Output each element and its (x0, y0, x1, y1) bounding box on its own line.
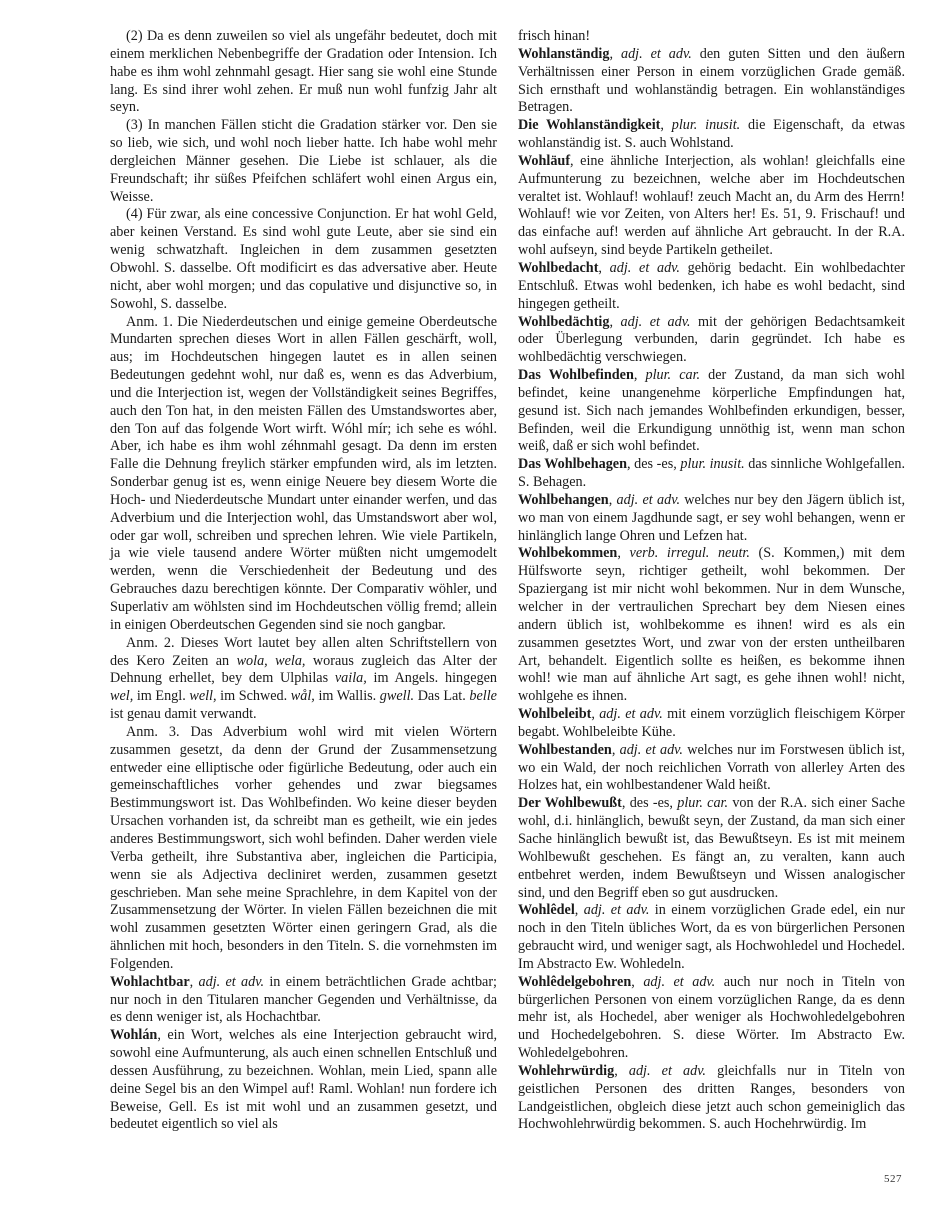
inflection: des -es, (630, 795, 678, 811)
headword: Das Wohlbehagen (518, 456, 627, 472)
grammar-label: adj. et adv. (621, 314, 691, 330)
grammar-label: adj. et adv. (599, 706, 663, 722)
definition-text: eine ähnliche Interjection, als wohlan! … (518, 153, 905, 258)
italic-term: gwell. (380, 688, 414, 704)
definition-text: (S. Kommen,) mit dem Hülfsworte seyn, ri… (518, 545, 905, 704)
headword: Der Wohlbewußt (518, 795, 622, 811)
dictionary-entry: Die Wohlanständigkeit, plur. inusit. die… (518, 117, 905, 153)
headword: Wohlehrwürdig (518, 1063, 614, 1079)
body-paragraph: (3) In manchen Fällen sticht die Gradati… (110, 117, 497, 206)
headword: Wohläuf (518, 153, 570, 169)
body-paragraph: Anm. 2. Dieses Wort lautet bey allen alt… (110, 635, 497, 724)
definition-text: in einem vorzüglichen Grade edel, ein nu… (518, 902, 905, 972)
dictionary-entry: Wohlbestanden, adj. et adv. welches nur … (518, 742, 905, 796)
grammar-label: plur. car. (645, 367, 700, 383)
body-paragraph: Anm. 1. Die Niederdeutschen und einige g… (110, 314, 497, 635)
body-paragraph: (2) Da es denn zuweilen so viel als unge… (110, 28, 497, 117)
body-paragraph: (4) Für zwar, als eine concessive Conjun… (110, 206, 497, 313)
headword: Wohlanständig (518, 46, 609, 62)
headword: Wohlán (110, 1027, 157, 1043)
grammar-label: adj. et adv. (620, 742, 683, 758)
grammar-label: plur. inusit. (680, 456, 744, 472)
text-run: im Wallis. (315, 688, 380, 704)
dictionary-entry: Das Wohlbefinden, plur. car. der Zustand… (518, 367, 905, 456)
dictionary-entry: Wohlán, ein Wort, welches als eine Inter… (110, 1027, 497, 1134)
inflection: des -es, (634, 456, 680, 472)
headword: Wohlbestanden (518, 742, 612, 758)
italic-term: wel, (110, 688, 133, 704)
grammar-label: adj. et adv. (629, 1063, 706, 1079)
grammar-label: verb. irregul. neutr. (630, 545, 750, 561)
italic-term: vaila, (335, 670, 367, 686)
headword: Wohlbekommen (518, 545, 617, 561)
left-column: (2) Da es denn zuweilen so viel als unge… (110, 28, 497, 1134)
text-run: im Angels. hingegen (367, 670, 497, 686)
dictionary-entry: Wohlêdelgebohren, adj. et adv. auch nur … (518, 974, 905, 1063)
dictionary-entry: Der Wohlbewußt, des -es, plur. car. von … (518, 795, 905, 902)
headword: Wohlbehangen (518, 492, 609, 508)
headword: Wohlbedächtig (518, 314, 609, 330)
dictionary-entry: Wohlehrwürdig, adj. et adv. gleichfalls … (518, 1063, 905, 1134)
grammar-label: adj. et adv. (643, 974, 715, 990)
text-run: im Schwed. (217, 688, 291, 704)
headword: Wohlbedacht (518, 260, 598, 276)
dictionary-entry: Wohlachtbar, adj. et adv. in einem beträ… (110, 974, 497, 1028)
headword: Wohlbeleibt (518, 706, 591, 722)
dictionary-entry: Wohlbedächtig, adj. et adv. mit der gehö… (518, 314, 905, 368)
text-run: Das Lat. (414, 688, 469, 704)
italic-term: wål, (291, 688, 315, 704)
italic-term: well, (189, 688, 216, 704)
grammar-label: plur. inusit. (672, 117, 741, 133)
headword: Die Wohlanständigkeit (518, 117, 660, 133)
headword: Wohlachtbar (110, 974, 190, 990)
page-number: 527 (884, 1173, 902, 1185)
grammar-label: adj. et adv. (610, 260, 680, 276)
dictionary-entry: Das Wohlbehagen, des -es, plur. inusit. … (518, 456, 905, 492)
right-column: frisch hinan!Wohlanständig, adj. et adv.… (518, 28, 905, 1134)
grammar-label: plur. car. (677, 795, 728, 811)
headword: Wohlêdel (518, 902, 575, 918)
dictionary-entry: Wohlbedacht, adj. et adv. gehörig bedach… (518, 260, 905, 314)
headword: Das Wohlbefinden (518, 367, 634, 383)
grammar-label: adj. et adv. (199, 974, 265, 990)
dictionary-entry: Wohlbeleibt, adj. et adv. mit einem vorz… (518, 706, 905, 742)
grammar-label: adj. et adv. (617, 492, 680, 508)
dictionary-entry: Wohläuf, eine ähnliche Interjection, als… (518, 153, 905, 260)
dictionary-entry: Wohlbekommen, verb. irregul. neutr. (S. … (518, 545, 905, 706)
dictionary-entry: Wohlêdel, adj. et adv. in einem vorzügli… (518, 902, 905, 973)
definition-text: ein Wort, welches als eine Interjection … (110, 1027, 497, 1132)
text-run: ist genau damit verwandt. (110, 706, 257, 722)
body-paragraph: Anm. 3. Das Adverbium wohl wird mit viel… (110, 724, 497, 974)
grammar-label: adj. et adv. (584, 902, 650, 918)
headword: Wohlêdelgebohren (518, 974, 631, 990)
text-run: im Engl. (133, 688, 189, 704)
dictionary-entry: Wohlanständig, adj. et adv. den guten Si… (518, 46, 905, 117)
dictionary-entry: Wohlbehangen, adj. et adv. welches nur b… (518, 492, 905, 546)
italic-term: belle (469, 688, 497, 704)
italic-term: wola, wela, (237, 653, 306, 669)
grammar-label: adj. et adv. (621, 46, 692, 62)
continuation-text: frisch hinan! (518, 28, 905, 46)
